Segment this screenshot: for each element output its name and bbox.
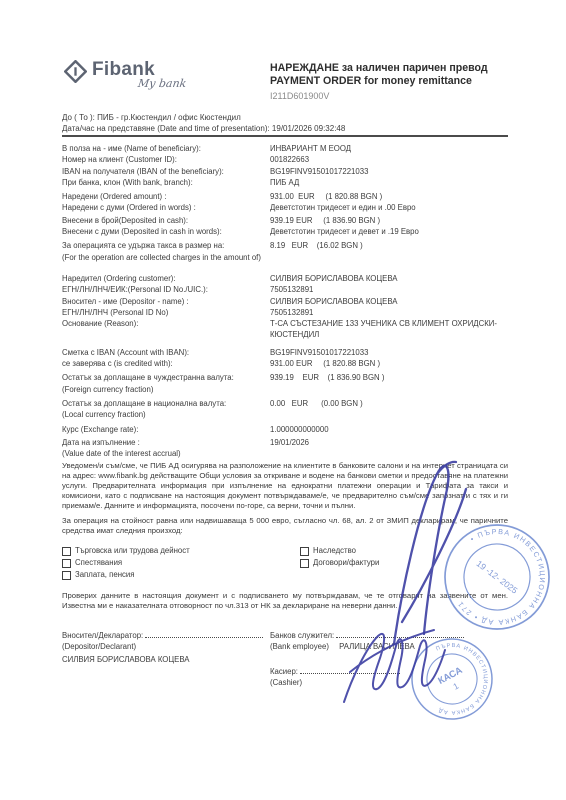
- field-row: Основание (Reason):Т-СА СЪСТЕЗАНИЕ 133 У…: [62, 318, 512, 341]
- field-value-cell: 19/01/2026: [270, 437, 512, 448]
- field-value: BG19FINV91501017221033: [270, 166, 512, 177]
- checkbox[interactable]: [300, 559, 309, 568]
- field-label: Наредител (Ordering customer):: [62, 273, 270, 284]
- field-label-cell: В полза на - име (Name of beneficiary):: [62, 143, 270, 154]
- datetime-line: Дата/час на представяне (Date and time o…: [62, 123, 345, 134]
- field-value: Деветстотин тридесет и девет и .19 Евро: [270, 226, 512, 237]
- checkbox[interactable]: [62, 559, 71, 568]
- title-english: PAYMENT ORDER for money remittance: [270, 75, 550, 88]
- field-label-cell: Основание (Reason):: [62, 318, 270, 329]
- field-label-cell: Внесени с думи (Deposited in cash in wor…: [62, 226, 270, 237]
- field-row: Вносител - име (Depositor - name) :СИЛВИ…: [62, 296, 512, 307]
- field-label-cell: Номер на клиент (Customer ID):: [62, 154, 270, 165]
- field-label: Курс (Exchange rate):: [62, 424, 270, 435]
- field-label-en: (Foreign currency fraction): [62, 384, 270, 395]
- field-label: При банка, клон (With bank, branch):: [62, 177, 270, 188]
- origin-options-left: Търговска или трудова дейностСпестявания…: [62, 545, 300, 581]
- field-value: 001822663: [270, 154, 512, 165]
- field-label: Вносител - име (Depositor - name) :: [62, 296, 270, 307]
- depositor-label-en: (Depositor/Declarant): [62, 641, 270, 652]
- field-value-cell: BG19FINV91501017221033: [270, 166, 512, 177]
- field-value-cell: Т-СА СЪСТЕЗАНИЕ 133 УЧЕНИКА СВ КЛИМЕНТ О…: [270, 318, 512, 341]
- field-label-en: (Local currency fraction): [62, 409, 270, 420]
- field-row: Остатък за доплащане в чуждестранна валу…: [62, 372, 512, 395]
- cashier-signature-line[interactable]: [300, 666, 400, 674]
- field-value: BG19FINV91501017221033: [270, 347, 512, 358]
- origin-option-label: Договори/фактури: [313, 557, 379, 569]
- origin-options-right: НаследствоДоговори/фактури: [300, 545, 379, 581]
- field-label-cell: Остатък за доплащане в чуждестранна валу…: [62, 372, 270, 395]
- field-label: Остатък за доплащане в национална валута…: [62, 398, 270, 409]
- brand-tagline: My bank: [137, 77, 187, 90]
- title-block: НАРЕЖДАНЕ за наличен паричен превод PAYM…: [270, 62, 550, 101]
- checkbox[interactable]: [62, 571, 71, 580]
- field-value: Деветстотин тридесет и един и .00 Евро: [270, 202, 512, 213]
- field-label-cell: Остатък за доплащане в национална валута…: [62, 398, 270, 421]
- field-label: Наредени с думи (Ordered in words) :: [62, 202, 270, 213]
- field-value-cell: BG19FINV91501017221033: [270, 347, 512, 358]
- origin-option: Спестявания: [62, 557, 300, 569]
- field-value: 939.19 EUR (1 836.90 BGN ): [270, 215, 512, 226]
- signature-block: Вносител/Декларатор: (Depositor/Declaran…: [62, 630, 512, 688]
- field-row: Внесени в брой(Deposited in cash):939.19…: [62, 215, 512, 226]
- field-value-cell: 939.19 EUR (1 836.90 BGN ): [270, 372, 512, 383]
- field-value: 8.19 EUR (16.02 BGN ): [270, 240, 512, 251]
- field-label: ЕГН/ЛН/ЛНЧ (Personal ID No): [62, 307, 270, 318]
- field-label: Внесени с думи (Deposited in cash in wor…: [62, 226, 270, 237]
- field-label: IBAN на получателя (IBAN of the benefici…: [62, 166, 270, 177]
- field-label-cell: Сметка с IBAN (Account with IBAN):: [62, 347, 270, 358]
- field-row: Остатък за доплащане в национална валута…: [62, 398, 512, 421]
- field-value-cell: 001822663: [270, 154, 512, 165]
- payment-order-document: Fibank My bank НАРЕЖДАНЕ за наличен пари…: [0, 0, 566, 800]
- field-value-cell: СИЛВИЯ БОРИСЛАВОВА КОЦЕВА: [270, 273, 512, 284]
- field-label-cell: ЕГН/ЛН/ЛНЧ (Personal ID No): [62, 307, 270, 318]
- field-label-cell: IBAN на получателя (IBAN of the benefici…: [62, 166, 270, 177]
- depositor-label: Вносител/Декларатор:: [62, 631, 143, 640]
- field-value-cell: Деветстотин тридесет и един и .00 Евро: [270, 202, 512, 213]
- field-value-cell: ИНВАРИАНТ М ЕООД: [270, 143, 512, 154]
- field-label-cell: Курс (Exchange rate):: [62, 424, 270, 435]
- field-row: Наредени с думи (Ordered in words) :Деве…: [62, 202, 512, 213]
- field-label-cell: За операцията се удържа такса в размер н…: [62, 240, 270, 263]
- field-label: Внесени в брой(Deposited in cash):: [62, 215, 270, 226]
- field-value: 0.00 EUR (0.00 BGN ): [270, 398, 512, 409]
- field-value: 931.00 EUR (1 820.88 BGN ): [270, 358, 512, 369]
- field-row: Наредител (Ordering customer):СИЛВИЯ БОР…: [62, 273, 512, 284]
- terms-paragraph: Уведомен/и съм/сме, че ПИБ АД осигурява …: [62, 461, 508, 511]
- to-line: До ( То ): ПИБ - гр.Кюстендил / офис Кюс…: [62, 112, 241, 123]
- field-label-cell: Наредени (Ordered amount) :: [62, 191, 270, 202]
- origin-options: Търговска или трудова дейностСпестявания…: [62, 545, 508, 581]
- field-label: Наредени (Ordered amount) :: [62, 191, 270, 202]
- cashier-signature-label: Касиер:: [270, 666, 464, 677]
- checkbox[interactable]: [62, 547, 71, 556]
- field-row: се заверява с (is credited with):931.00 …: [62, 358, 512, 369]
- depositor-signature-line[interactable]: [145, 630, 263, 638]
- field-row: В полза на - име (Name of beneficiary):И…: [62, 143, 512, 154]
- field-value-cell: 1.000000000000: [270, 424, 512, 435]
- origin-option-label: Търговска или трудова дейност: [75, 545, 190, 557]
- field-value: ИНВАРИАНТ М ЕООД: [270, 143, 512, 154]
- field-row: Номер на клиент (Customer ID):001822663: [62, 154, 512, 165]
- field-value: 939.19 EUR (1 836.90 BGN ): [270, 372, 512, 383]
- field-value: Т-СА СЪСТЕЗАНИЕ 133 УЧЕНИКА СВ КЛИМЕНТ О…: [270, 318, 512, 329]
- field-label: Номер на клиент (Customer ID):: [62, 154, 270, 165]
- field-label: Дата на изпълнение :: [62, 437, 270, 448]
- origin-option-label: Заплата, пенсия: [75, 569, 134, 581]
- confirmation-paragraph: Проверих данните в настоящия документ и …: [62, 591, 508, 611]
- field-value-cell: 939.19 EUR (1 836.90 BGN ): [270, 215, 512, 226]
- field-row: ЕГН/ЛН/ЛНЧ/ЕИК:(Personal ID No./UIC.):75…: [62, 284, 512, 295]
- fibank-logo: Fibank My bank: [64, 60, 186, 90]
- origin-option-label: Наследство: [313, 545, 356, 557]
- field-label-cell: Наредени с думи (Ordered in words) :: [62, 202, 270, 213]
- checkbox[interactable]: [300, 547, 309, 556]
- bank-employee-signature-line[interactable]: [336, 630, 464, 638]
- field-label: Сметка с IBAN (Account with IBAN):: [62, 347, 270, 358]
- field-value-line2: КЮСТЕНДИЛ: [270, 329, 512, 340]
- field-label-cell: ЕГН/ЛН/ЛНЧ/ЕИК:(Personal ID No./UIC.):: [62, 284, 270, 295]
- field-label: Основание (Reason):: [62, 318, 270, 329]
- field-row: Наредени (Ordered amount) :931.00 EUR (1…: [62, 191, 512, 202]
- field-row: За операцията се удържа такса в размер н…: [62, 240, 512, 263]
- field-row: Внесени с думи (Deposited in cash in wor…: [62, 226, 512, 237]
- bank-employee-signature-label: Банков служител:: [270, 630, 464, 641]
- field-value-cell: 0.00 EUR (0.00 BGN ): [270, 398, 512, 409]
- field-row: Курс (Exchange rate):1.000000000000: [62, 424, 512, 435]
- bank-employee-label: Банков служител:: [270, 631, 334, 640]
- field-value-cell: ПИБ АД: [270, 177, 512, 188]
- bank-employee-line2: (Bank employee) РАЛИЦА ВАСИЛЕВА: [270, 641, 464, 652]
- field-value: 19/01/2026: [270, 437, 512, 448]
- field-value-cell: Деветстотин тридесет и девет и .19 Евро: [270, 226, 512, 237]
- field-value-cell: 931.00 EUR (1 820.88 BGN ): [270, 191, 512, 202]
- title-bulgarian: НАРЕЖДАНЕ за наличен паричен превод: [270, 62, 550, 75]
- field-row: ЕГН/ЛН/ЛНЧ (Personal ID No)7505132891: [62, 307, 512, 318]
- field-value: 931.00 EUR (1 820.88 BGN ): [270, 191, 512, 202]
- cashier-label-en: (Cashier): [270, 677, 464, 688]
- depositor-name: СИЛВИЯ БОРИСЛАВОВА КОЦЕВА: [62, 654, 270, 665]
- bank-employee-name: РАЛИЦА ВАСИЛЕВА: [339, 642, 415, 651]
- field-label-cell: Внесени в брой(Deposited in cash):: [62, 215, 270, 226]
- field-value: СИЛВИЯ БОРИСЛАВОВА КОЦЕВА: [270, 273, 512, 284]
- field-label-cell: се заверява с (is credited with):: [62, 358, 270, 369]
- field-value: СИЛВИЯ БОРИСЛАВОВА КОЦЕВА: [270, 296, 512, 307]
- fibank-diamond-icon: [64, 60, 87, 83]
- field-label-cell: Дата на изпълнение :(Value date of the i…: [62, 437, 270, 460]
- field-row: Дата на изпълнение :(Value date of the i…: [62, 437, 512, 460]
- header-divider: [62, 135, 508, 137]
- field-value-cell: 7505132891: [270, 307, 512, 318]
- field-row: Сметка с IBAN (Account with IBAN):BG19FI…: [62, 347, 512, 358]
- field-label-cell: Наредител (Ordering customer):: [62, 273, 270, 284]
- field-label: В полза на - име (Name of beneficiary):: [62, 143, 270, 154]
- field-value-cell: 931.00 EUR (1 820.88 BGN ): [270, 358, 512, 369]
- field-label: Остатък за доплащане в чуждестранна валу…: [62, 372, 270, 383]
- origin-option: Договори/фактури: [300, 557, 379, 569]
- field-value-cell: 8.19 EUR (16.02 BGN ): [270, 240, 512, 251]
- bank-employee-label-en: (Bank employee): [270, 642, 329, 651]
- field-value: ПИБ АД: [270, 177, 512, 188]
- origin-option-label: Спестявания: [75, 557, 122, 569]
- origin-option: Заплата, пенсия: [62, 569, 300, 581]
- field-value: 1.000000000000: [270, 424, 512, 435]
- depositor-signature-label: Вносител/Декларатор:: [62, 630, 270, 641]
- field-value: 7505132891: [270, 307, 512, 318]
- origin-declaration-paragraph: За операция на стойност равна или надвиш…: [62, 516, 508, 536]
- origin-option: Наследство: [300, 545, 379, 557]
- field-label-en: (Value date of the interest accrual): [62, 448, 270, 459]
- field-value: 7505132891: [270, 284, 512, 295]
- field-label-cell: При банка, клон (With bank, branch):: [62, 177, 270, 188]
- field-row: При банка, клон (With bank, branch):ПИБ …: [62, 177, 512, 188]
- document-id: I211D601900V: [270, 91, 550, 101]
- field-label-cell: Вносител - име (Depositor - name) :: [62, 296, 270, 307]
- fields-list: В полза на - име (Name of beneficiary):И…: [62, 143, 512, 459]
- origin-option: Търговска или трудова дейност: [62, 545, 300, 557]
- field-label: За операцията се удържа такса в размер н…: [62, 240, 270, 251]
- field-label-en: (For the operation are collected charges…: [62, 252, 270, 263]
- field-label: се заверява с (is credited with):: [62, 358, 270, 369]
- field-label: ЕГН/ЛН/ЛНЧ/ЕИК:(Personal ID No./UIC.):: [62, 284, 270, 295]
- cashier-label: Касиер:: [270, 667, 298, 676]
- field-value-cell: 7505132891: [270, 284, 512, 295]
- field-value-cell: СИЛВИЯ БОРИСЛАВОВА КОЦЕВА: [270, 296, 512, 307]
- field-row: IBAN на получателя (IBAN of the benefici…: [62, 166, 512, 177]
